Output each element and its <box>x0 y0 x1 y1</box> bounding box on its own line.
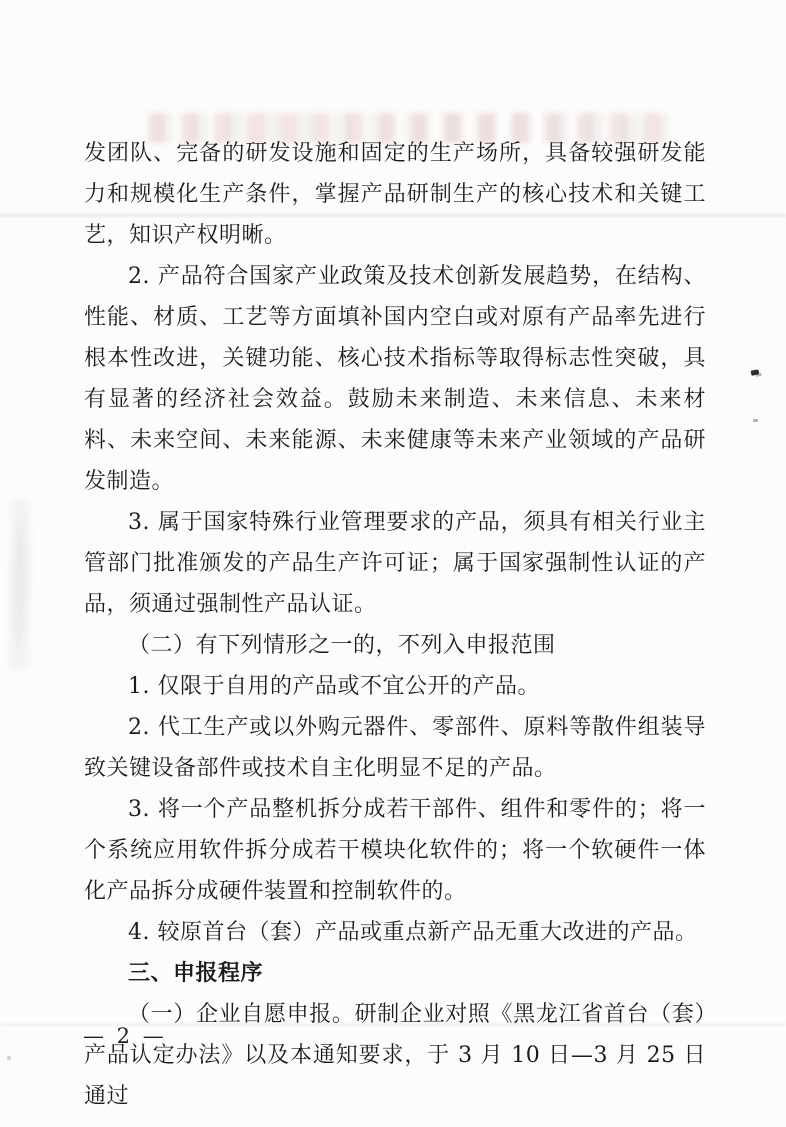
paragraph: 3. 将一个产品整机拆分成若干部件、组件和零件的；将一个系统应用软件拆分成若干模… <box>84 789 706 912</box>
paragraph: 4. 较原首台（套）产品或重点新产品无重大改进的产品。 <box>84 912 706 953</box>
paragraph: 三、申报程序 <box>84 953 706 994</box>
page-number: — 2 — <box>83 1024 167 1048</box>
paragraph: 2. 代工生产或以外购元器件、零部件、原料等散件组装导致关键设备部件或技术自主化… <box>84 707 706 789</box>
scan-speck <box>7 1056 11 1060</box>
scan-speck <box>753 419 758 422</box>
paragraph: 3. 属于国家特殊行业管理要求的产品，须具有相关行业主管部门批准颁发的产品生产许… <box>84 502 706 625</box>
paragraph: （一）企业自愿申报。研制企业对照《黑龙江省首台（套）产品认定办法》以及本通知要求… <box>84 994 706 1117</box>
document-body: 发团队、完备的研发设施和固定的生产场所，具备较强研发能力和规模化生产条件，掌握产… <box>84 133 706 1117</box>
paragraph: 发团队、完备的研发设施和固定的生产场所，具备较强研发能力和规模化生产条件，掌握产… <box>84 133 706 256</box>
scan-speck <box>751 369 760 376</box>
paragraph: （二）有下列情形之一的，不列入申报范围 <box>84 625 706 666</box>
paragraph: 1. 仅限于自用的产品或不宜公开的产品。 <box>84 666 706 707</box>
margin-smudge <box>6 500 36 670</box>
paragraph: 2. 产品符合国家产业政策及技术创新发展趋势，在结构、性能、材质、工艺等方面填补… <box>84 256 706 502</box>
scanned-document-page: 发团队、完备的研发设施和固定的生产场所，具备较强研发能力和规模化生产条件，掌握产… <box>0 0 786 1127</box>
